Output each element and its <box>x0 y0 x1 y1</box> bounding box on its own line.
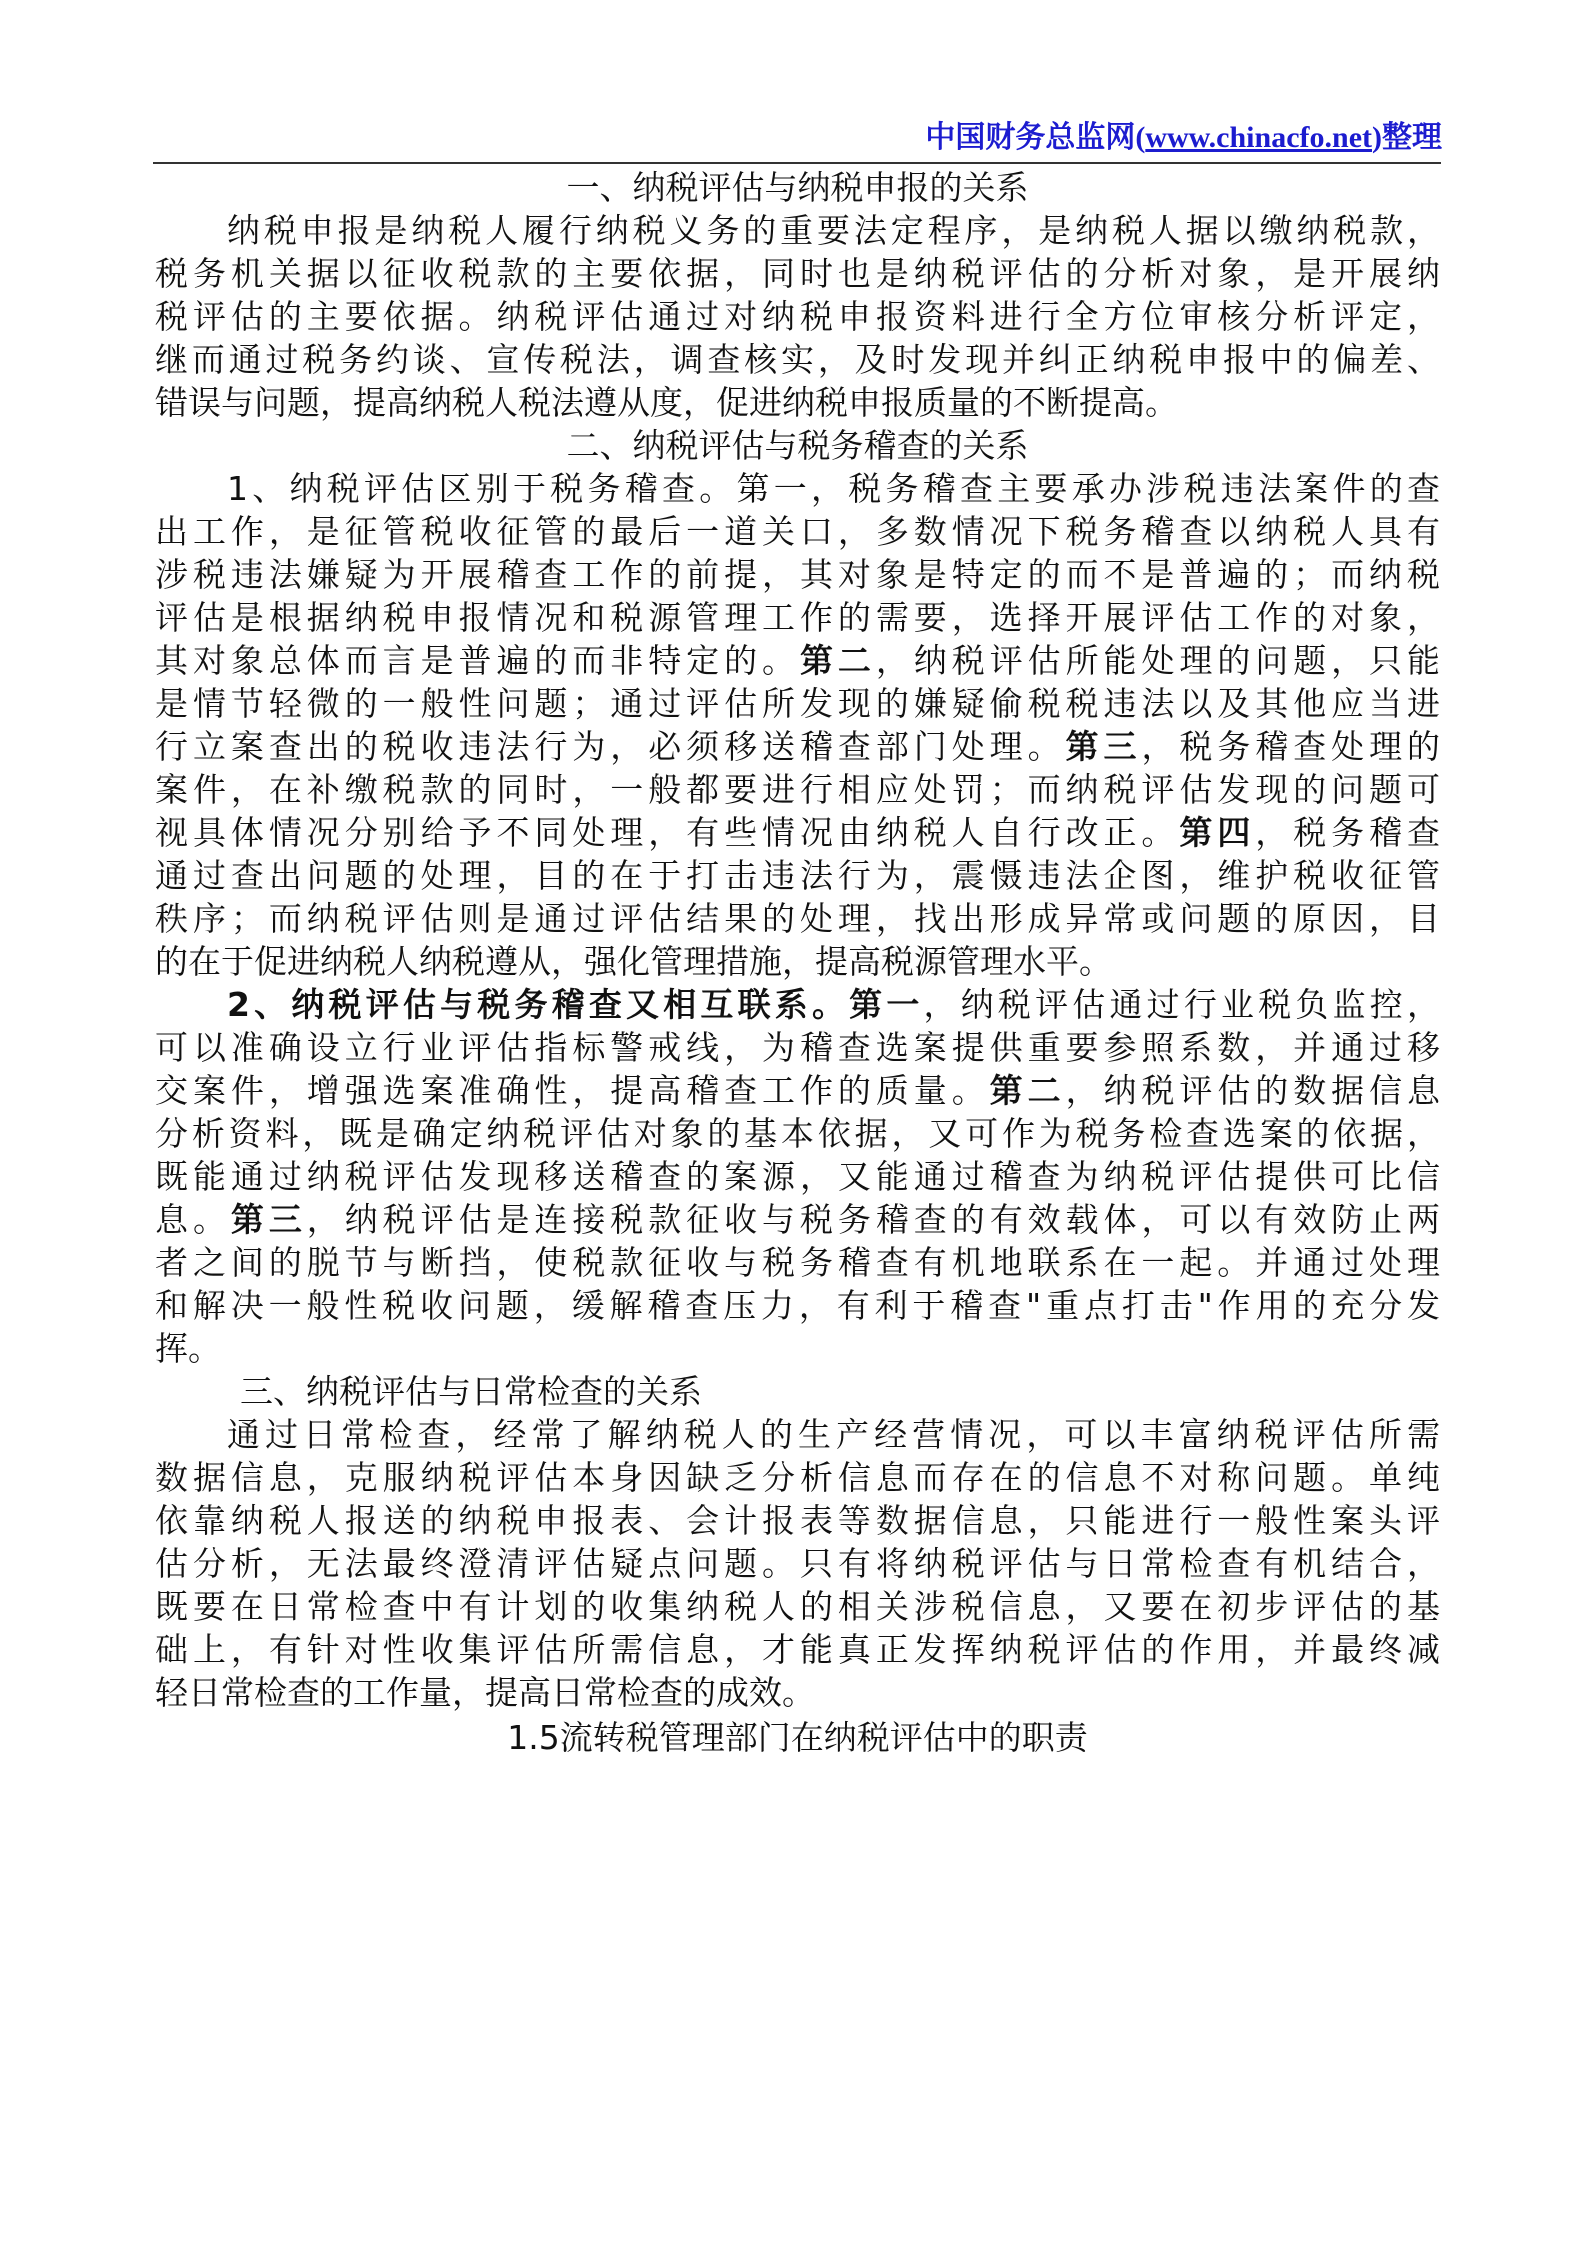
section-1-title: 一、纳税评估与纳税申报的关系 <box>155 166 1440 209</box>
text-run: ，纳税评估所能处理的问题，只能 <box>876 641 1440 680</box>
paragraph-line: 视具体情况分别给予不同处理，有些情况由纳税人自行改正。第四，税务稽查 <box>155 811 1440 854</box>
text-run: 其对象总体而言是普遍的而非特定的。 <box>155 641 800 680</box>
bold-text-run: 第三 <box>1066 727 1142 766</box>
text-run: 息。 <box>155 1200 231 1239</box>
site-header-suffix: )整理 <box>1372 121 1442 154</box>
text-run: ，纳税评估的数据信息 <box>1066 1071 1440 1110</box>
paragraph-line: 税务机关据以征收税款的主要依据，同时也是纳税评估的分析对象，是开展纳 <box>155 252 1440 295</box>
paragraph-line: 轻日常检查的工作量，提高日常检查的成效。 <box>155 1671 1440 1714</box>
paragraph-line: 其对象总体而言是普遍的而非特定的。第二，纳税评估所能处理的问题，只能 <box>155 639 1440 682</box>
paragraph-line: 挥。 <box>155 1327 1440 1370</box>
bold-text-run: 第二 <box>990 1071 1066 1110</box>
paragraph-line: 秩序；而纳税评估则是通过评估结果的处理，找出形成异常或问题的原因，目 <box>155 897 1440 940</box>
paragraph-line: 2、纳税评估与税务稽查又相互联系。第一，纳税评估通过行业税负监控， <box>155 983 1440 1026</box>
paragraph-line: 案件，在补缴税款的同时，一般都要进行相应处罚；而纳税评估发现的问题可 <box>155 768 1440 811</box>
text-run: 交案件，增强选案准确性，提高稽查工作的质量。 <box>155 1071 990 1110</box>
paragraph-line: 税评估的主要依据。纳税评估通过对纳税申报资料进行全方位审核分析评定， <box>155 295 1440 338</box>
paragraph-line: 础上，有针对性收集评估所需信息，才能真正发挥纳税评估的作用，并最终减 <box>155 1628 1440 1671</box>
section-3-title: 三、纳税评估与日常检查的关系 <box>155 1370 1440 1413</box>
paragraph-line: 行立案查出的税收违法行为，必须移送稽查部门处理。第三，税务稽查处理的 <box>155 725 1440 768</box>
bold-text-run: 2、纳税评估与税务稽查又相互联系。第一 <box>227 985 924 1024</box>
document-page: 中国财务总监网(www.chinacfo.net)整理 一、纳税评估与纳税申报的… <box>0 0 1594 2252</box>
site-header-prefix: 中国财务总监网( <box>925 121 1145 154</box>
text-run: ，纳税评估是连接税款征收与税务稽查的有效载体，可以有效防止两 <box>307 1200 1440 1239</box>
paragraph-line: 既要在日常检查中有计划的收集纳税人的相关涉税信息，又要在初步评估的基 <box>155 1585 1440 1628</box>
paragraph-line: 和解决一般性税收问题，缓解稽查压力，有利于稽查"重点打击"作用的充分发 <box>155 1284 1440 1327</box>
site-header: 中国财务总监网(www.chinacfo.net)整理 <box>925 118 1442 158</box>
paragraph-line: 息。第三，纳税评估是连接税款征收与税务稽查的有效载体，可以有效防止两 <box>155 1198 1440 1241</box>
bold-text-run: 第四 <box>1179 813 1255 852</box>
text-run: 视具体情况分别给予不同处理，有些情况由纳税人自行改正。 <box>155 813 1179 852</box>
paragraph-line: 可以准确设立行业评估指标警戒线，为稽查选案提供重要参照系数，并通过移 <box>155 1026 1440 1069</box>
paragraph-line: 是情节轻微的一般性问题；通过评估所发现的嫌疑偷税税违法以及其他应当进 <box>155 682 1440 725</box>
paragraph-line: 者之间的脱节与断挡，使税款征收与税务稽查有机地联系在一起。并通过处理 <box>155 1241 1440 1284</box>
text-run: 行立案查出的税收违法行为，必须移送稽查部门处理。 <box>155 727 1066 766</box>
paragraph-line: 依靠纳税人报送的纳税申报表、会计报表等数据信息，只能进行一般性案头评 <box>155 1499 1440 1542</box>
paragraph-line: 评估是根据纳税申报情况和税源管理工作的需要，选择开展评估工作的对象， <box>155 596 1440 639</box>
bold-text-run: 第二 <box>800 641 876 680</box>
bold-text-run: 第三 <box>231 1200 307 1239</box>
paragraph-line: 1、纳税评估区别于税务稽查。第一，税务稽查主要承办涉税违法案件的查 <box>155 467 1440 510</box>
paragraph-line: 通过日常检查，经常了解纳税人的生产经营情况，可以丰富纳税评估所需 <box>155 1413 1440 1456</box>
paragraph-line: 出工作，是征管税收征管的最后一道关口，多数情况下税务稽查以纳税人具有 <box>155 510 1440 553</box>
paragraph-line: 涉税违法嫌疑为开展稽查工作的前提，其对象是特定的而不是普遍的；而纳税 <box>155 553 1440 596</box>
paragraph-line: 的在于促进纳税人纳税遵从，强化管理措施，提高税源管理水平。 <box>155 940 1440 983</box>
paragraph-line: 纳税申报是纳税人履行纳税义务的重要法定程序，是纳税人据以缴纳税款， <box>155 209 1440 252</box>
paragraph-line: 通过查出问题的处理，目的在于打击违法行为，震慑违法企图，维护税收征管 <box>155 854 1440 897</box>
header-rule <box>153 162 1441 164</box>
paragraph-line: 分析资料，既是确定纳税评估对象的基本依据，又可作为税务检查选案的依据， <box>155 1112 1440 1155</box>
text-run: ，纳税评估通过行业税负监控， <box>924 985 1440 1024</box>
text-run: ，税务稽查处理的 <box>1141 727 1440 766</box>
paragraph-line: 继而通过税务约谈、宣传税法，调查核实，及时发现并纠正纳税申报中的偏差、 <box>155 338 1440 381</box>
paragraph-line: 估分析，无法最终澄清评估疑点问题。只有将纳税评估与日常检查有机结合， <box>155 1542 1440 1585</box>
section-2-title: 二、纳税评估与税务稽查的关系 <box>155 424 1440 467</box>
text-run: ，税务稽查 <box>1255 813 1440 852</box>
paragraph-line: 数据信息，克服纳税评估本身因缺乏分析信息而存在的信息不对称问题。单纯 <box>155 1456 1440 1499</box>
paragraph-line: 错误与问题，提高纳税人税法遵从度，促进纳税申报质量的不断提高。 <box>155 381 1440 424</box>
paragraph-line: 交案件，增强选案准确性，提高稽查工作的质量。第二，纳税评估的数据信息 <box>155 1069 1440 1112</box>
paragraph-line: 既能通过纳税评估发现移送稽查的案源，又能通过稽查为纳税评估提供可比信 <box>155 1155 1440 1198</box>
site-link[interactable]: www.chinacfo.net <box>1145 121 1372 154</box>
section-1-5-title: 1.5流转税管理部门在纳税评估中的职责 <box>155 1716 1440 1759</box>
document-body: 一、纳税评估与纳税申报的关系 纳税申报是纳税人履行纳税义务的重要法定程序，是纳税… <box>155 166 1440 1759</box>
